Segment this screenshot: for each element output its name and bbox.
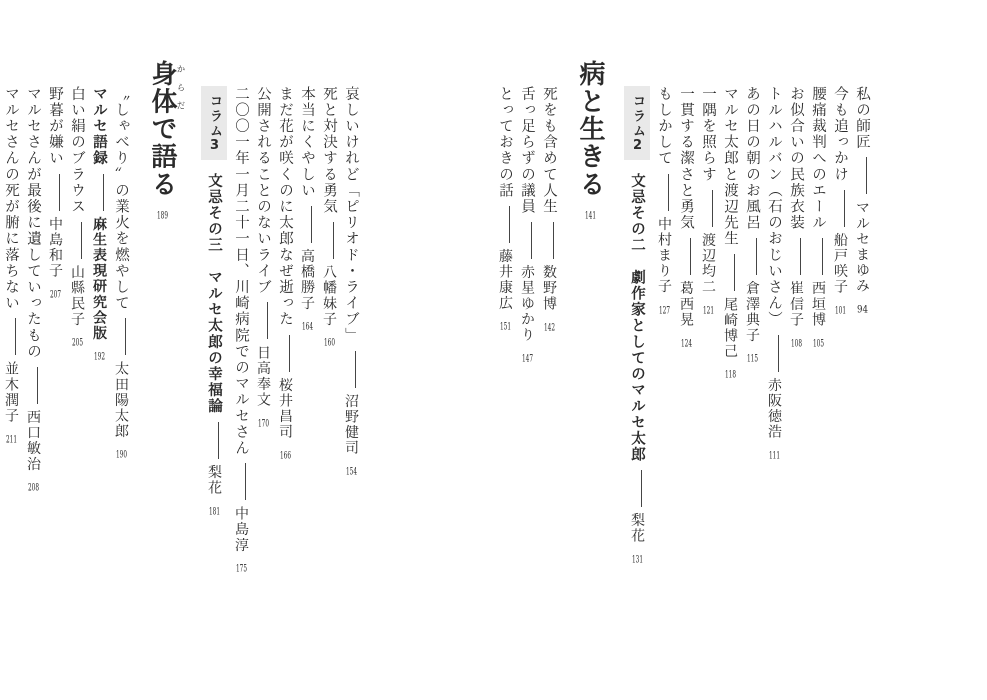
toc-entry: まだ花が咲くのに太郎なぜ逝った桜井昌司166 (274, 86, 296, 688)
toc-flow-left: 哀しいけれど「ピリオド・ライブ」沼野健司154死と対決する勇気八幡妹子160本当… (0, 86, 362, 688)
leader-dash (311, 206, 312, 243)
leader-dash (333, 222, 334, 259)
column-badge: コラム2 (624, 86, 650, 160)
leader-dash (103, 174, 104, 211)
entry-title: 本当にくやしい (299, 86, 315, 199)
entry-page-number: 111 (769, 451, 780, 461)
entry-author: 赤阪徳浩 (766, 378, 782, 440)
entry-author: 日高奉文 (255, 345, 271, 407)
leader-dash (734, 254, 735, 291)
entry-page-number: 164 (302, 322, 313, 332)
entry-author: 船戸咲子 (832, 233, 848, 295)
toc-entry: コラム2文忌その二 劇作家としてのマルセ太郎梨花131 (624, 86, 650, 688)
entry-author: 麻生表現研究会版 (91, 217, 107, 342)
entry-title: 哀しいけれど「ピリオド・ライブ」 (343, 86, 359, 344)
entry-author: 梨花 (206, 465, 222, 496)
column-badge-number: 3 (207, 139, 222, 152)
entry-page-number: 175 (236, 564, 247, 574)
toc-entry: トルハルバン（石のおじいさん）赤阪徳浩111 (763, 86, 785, 688)
entry-page-number: 154 (346, 467, 357, 477)
entry-page-number: 118 (725, 370, 736, 380)
toc-entry: 本当にくやしい高橋勝子164 (296, 86, 318, 688)
entry-author: 中村まり子 (656, 217, 672, 295)
entry-page-number: 121 (703, 306, 714, 316)
entry-page-number: 142 (544, 323, 555, 333)
toc-entry: 死と対決する勇気八幡妹子160 (318, 86, 340, 688)
entry-author: 赤星ゆかり (519, 265, 535, 343)
section-title: 身体からだで語る189 (144, 60, 185, 688)
toc-entry: マルセさんの死が腑に落ちない並木潤子211 (0, 86, 22, 688)
entry-page-number: 124 (681, 339, 692, 349)
entry-page-number: 101 (835, 306, 846, 316)
entry-author: 中島和子 (47, 217, 63, 279)
leader-dash (218, 422, 219, 459)
entry-page-number: 207 (50, 290, 61, 300)
leader-dash (866, 157, 867, 194)
leader-dash (800, 238, 801, 275)
entry-page-number: 108 (791, 339, 802, 349)
entry-author: 梨花 (629, 513, 645, 544)
entry-title: マルセさんが最後に遺していったもの (25, 86, 41, 360)
entry-author: 沼野健司 (343, 394, 359, 456)
toc-entry: 〝しゃべり〟の業火を燃やして太田陽太郎190 (110, 86, 132, 688)
entry-title: 私の師匠 (854, 86, 870, 150)
leader-dash (553, 222, 554, 259)
leader-dash (509, 206, 510, 243)
entry-page-number: 141 (585, 211, 596, 221)
entry-title: 病と生きる (575, 60, 605, 198)
entry-title: 野暮が嫌い (47, 86, 63, 167)
entry-page-number: 115 (747, 354, 758, 364)
entry-page-number: 127 (659, 306, 670, 316)
toc-entry: 舌っ足らずの議員赤星ゆかり147 (516, 86, 538, 688)
entry-title: まだ花が咲くのに太郎なぜ逝った (277, 86, 293, 328)
toc-entry: マルセ語録麻生表現研究会版192 (88, 86, 110, 688)
leader-dash (668, 174, 669, 211)
entry-page-number: 147 (522, 354, 533, 364)
entry-author: 崔信子 (788, 281, 804, 328)
leader-dash (355, 351, 356, 388)
toc-entry: 白い絹のブラウス山縣民子205 (66, 86, 88, 688)
entry-title: マルセ語録 (91, 86, 107, 167)
toc-entry: 一隅を照らす渡辺均二121 (697, 86, 719, 688)
entry-page-number: 105 (813, 339, 824, 349)
entry-title: 腰痛裁判へのエール (810, 86, 826, 231)
entry-page-number: 211 (6, 435, 17, 445)
column-badge: コラム3 (201, 86, 227, 160)
toc-entry: もしかして中村まり子127 (653, 86, 675, 688)
toc-entry: 哀しいけれど「ピリオド・ライブ」沼野健司154 (340, 86, 362, 688)
leader-dash (289, 335, 290, 372)
leader-dash (59, 174, 60, 211)
leader-dash (81, 222, 82, 259)
leader-dash (822, 238, 823, 275)
entry-title: 公開されることのないライブ (255, 86, 271, 295)
entry-title: お似合いの民族衣装 (788, 86, 804, 231)
entry-author: 渡辺均二 (700, 233, 716, 295)
entry-author: 藤井康広 (497, 249, 513, 311)
entry-title: 死と対決する勇気 (321, 86, 337, 215)
entry-title: マルセ太郎と渡辺先生 (722, 86, 738, 247)
entry-page-number: 192 (94, 352, 105, 362)
entry-author: 西口敏治 (25, 410, 41, 472)
leader-dash (37, 367, 38, 404)
book-spread: { "theme": { "background": "#ffffff", "t… (0, 0, 987, 700)
entry-page-number: 205 (72, 338, 83, 348)
entry-title: 一隅を照らす (700, 86, 716, 183)
entry-page-number: 94 (857, 305, 868, 315)
entry-title: 白い絹のブラウス (69, 86, 85, 215)
entry-author: 山縣民子 (69, 265, 85, 327)
toc-entry: 二〇〇一年一月二十一日、川崎病院でのマルセさん中島淳175 (230, 86, 252, 688)
entry-author: 西垣博 (810, 281, 826, 328)
leader-dash (531, 222, 532, 259)
entry-title: マルセさんの死が腑に落ちない (3, 86, 19, 311)
toc-page-left: 哀しいけれど「ピリオド・ライブ」沼野健司154死と対決する勇気八幡妹子160本当… (0, 0, 494, 700)
entry-page-number: 181 (209, 507, 220, 517)
entry-author: 太田陽太郎 (113, 361, 129, 439)
toc-entry: 腰痛裁判へのエール西垣博105 (807, 86, 829, 688)
entry-page-number: 208 (28, 483, 39, 493)
toc-entry: とっておきの話藤井康広151 (494, 86, 516, 688)
leader-dash (125, 318, 126, 355)
entry-author: 倉澤典子 (744, 281, 760, 343)
toc-flow-right: 私の師匠マルセまゆみ94今も追っかけ船戸咲子101腰痛裁判へのエール西垣博105… (494, 86, 873, 688)
entry-title: とっておきの話 (497, 86, 513, 199)
entry-page-number: 190 (116, 450, 127, 460)
entry-title: 死をも含めて人生 (541, 86, 557, 215)
entry-author: 高橋勝子 (299, 249, 315, 311)
leader-dash (15, 318, 16, 355)
entry-title: 一貫する潔さと勇気 (678, 86, 694, 231)
toc-entry: 公開されることのないライブ日高奉文170 (252, 86, 274, 688)
toc-entry: 今も追っかけ船戸咲子101 (829, 86, 851, 688)
toc-entry: マルセ太郎と渡辺先生尾崎博己118 (719, 86, 741, 688)
entry-page-number: 170 (258, 419, 269, 429)
entry-title: 今も追っかけ (832, 86, 848, 183)
section-title: 病と生きる141 (572, 60, 608, 688)
leader-dash (267, 302, 268, 339)
toc-entry: 私の師匠マルセまゆみ94 (851, 86, 873, 688)
entry-author: 桜井昌司 (277, 378, 293, 440)
entry-title: 文忌その二 劇作家としてのマルセ太郎 (629, 173, 645, 463)
toc-entry: マルセさんが最後に遺していったもの西口敏治208 (22, 86, 44, 688)
toc-entry: コラム3文忌その三 マルセ太郎の幸福論梨花181 (201, 86, 227, 688)
toc-page-right: 私の師匠マルセまゆみ94今も追っかけ船戸咲子101腰痛裁判へのエール西垣博105… (494, 0, 987, 700)
ruby-title: 身体からだ (147, 60, 177, 115)
entry-page-number: 131 (632, 555, 643, 565)
entry-title: トルハルバン（石のおじいさん） (766, 86, 782, 328)
toc-entry: あの日の朝のお風呂倉澤典子115 (741, 86, 763, 688)
entry-author: 数野博 (541, 265, 557, 312)
leader-dash (712, 190, 713, 227)
column-badge-number: 2 (630, 139, 645, 152)
entry-author: 葛西晃 (678, 281, 694, 328)
leader-dash (245, 463, 246, 500)
leader-dash (756, 238, 757, 275)
leader-dash (641, 470, 642, 507)
toc-entry: 野暮が嫌い中島和子207 (44, 86, 66, 688)
leader-dash (844, 190, 845, 227)
entry-author: 中島淳 (233, 506, 249, 553)
entry-page-number: 151 (500, 322, 511, 332)
leader-dash (778, 335, 779, 372)
entry-author: 尾崎博己 (722, 297, 738, 359)
toc-entry: 死をも含めて人生数野博142 (538, 86, 560, 688)
entry-author: 並木潤子 (3, 361, 19, 423)
entry-title: 身体からだで語る (147, 60, 177, 198)
entry-page-number: 160 (324, 338, 335, 348)
entry-author: マルセまゆみ (854, 200, 870, 294)
leader-dash (690, 238, 691, 275)
toc-entry: お似合いの民族衣装崔信子108 (785, 86, 807, 688)
entry-title: あの日の朝のお風呂 (744, 86, 760, 231)
entry-page-number: 166 (280, 451, 291, 461)
entry-title: 二〇〇一年一月二十一日、川崎病院でのマルセさん (233, 86, 249, 456)
entry-title: 舌っ足らずの議員 (519, 86, 535, 215)
entry-author: 八幡妹子 (321, 265, 337, 327)
entry-title: もしかして (656, 86, 672, 167)
toc-entry: 一貫する潔さと勇気葛西晃124 (675, 86, 697, 688)
entry-title: 文忌その三 マルセ太郎の幸福論 (206, 173, 222, 415)
entry-title: 〝しゃべり〟の業火を燃やして (113, 86, 129, 311)
entry-page-number: 189 (157, 211, 168, 221)
